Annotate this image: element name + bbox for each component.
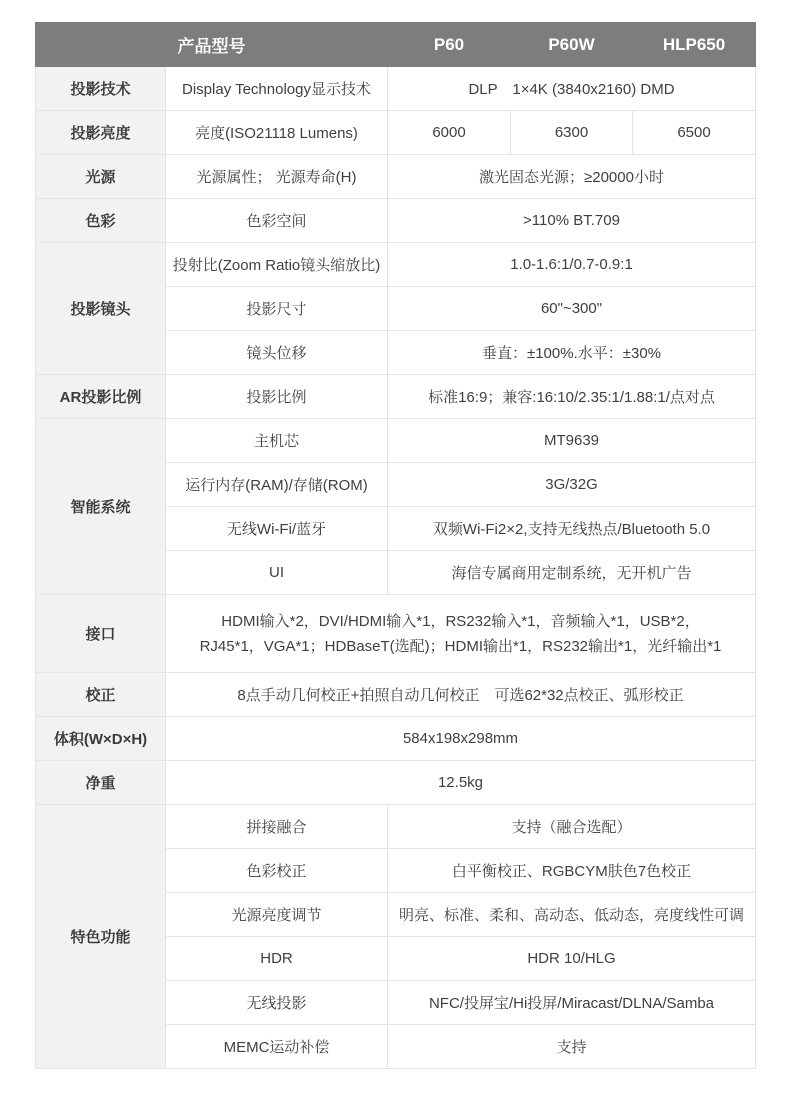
row-lens-zoom-ratio: 投影镜头 投射比(Zoom Ratio镜头缩放比) 1.0-1.6:1/0.7-… [36,243,756,287]
row-projection-tech-desc: Display Technology显示技术 [166,67,388,111]
row-feature-color-correction-value: 白平衡校正、RGBCYM肤色7色校正 [388,849,756,893]
row-ports-value-line1: HDMI输入*2，DVI/HDMI输入*1，RS232输入*1，音频输入*1，U… [172,609,749,634]
row-smart-wifi-value: 双频Wi-Fi2×2,支持无线热点/Bluetooth 5.0 [388,507,756,551]
row-smart-memory-value: 3G/32G [388,463,756,507]
row-smart-ui-desc: UI [166,551,388,595]
row-aspect-ratio: AR投影比例 投影比例 标准16:9；兼容:16:10/2.35:1/1.88:… [36,375,756,419]
row-aspect-ratio-desc: 投影比例 [166,375,388,419]
row-feature-hdr-desc: HDR [166,937,388,981]
row-light-source-value: 激光固态光源；≥20000小时 [388,155,756,199]
header-model-p60w: P60W [511,23,633,67]
row-light-source-desc: 光源属性； 光源寿命(H) [166,155,388,199]
row-color-space-value: >110% BT.709 [388,199,756,243]
row-weight-label: 净重 [36,761,166,805]
row-brightness-value-hlp650: 6500 [633,111,756,155]
row-lens-zoom-ratio-value: 1.0-1.6:1/0.7-0.9:1 [388,243,756,287]
row-feature-blending-desc: 拼接融合 [166,805,388,849]
header-product-label: 产品型号 [36,23,388,67]
row-feature-wireless-cast-value: NFC/投屏宝/Hi投屏/Miracast/DLNA/Samba [388,981,756,1025]
row-feature-blending: 特色功能 拼接融合 支持（融合选配） [36,805,756,849]
row-brightness-desc: 亮度(ISO21118 Lumens) [166,111,388,155]
spec-sheet: 产品型号 P60 P60W HLP650 投影技术 Display Techno… [35,22,755,1069]
group-lens-label: 投影镜头 [36,243,166,375]
row-correction: 校正 8点手动几何校正+拍照自动几何校正 可选62*32点校正、弧形校正 [36,673,756,717]
row-smart-chip: 智能系统 主机芯 MT9639 [36,419,756,463]
row-correction-value: 8点手动几何校正+拍照自动几何校正 可选62*32点校正、弧形校正 [166,673,756,717]
row-lens-shift-desc: 镜头位移 [166,331,388,375]
row-smart-chip-value: MT9639 [388,419,756,463]
row-brightness-value-p60: 6000 [388,111,511,155]
row-color-space: 色彩 色彩空间 >110% BT.709 [36,199,756,243]
row-projection-tech-value: DLP 1×4K (3840x2160) DMD [388,67,756,111]
row-weight: 净重 12.5kg [36,761,756,805]
group-features-label: 特色功能 [36,805,166,1069]
row-ports: 接口 HDMI输入*2，DVI/HDMI输入*1，RS232输入*1，音频输入*… [36,595,756,673]
row-projection-tech: 投影技术 Display Technology显示技术 DLP 1×4K (38… [36,67,756,111]
header-model-hlp650: HLP650 [633,23,756,67]
row-feature-brightness-modes-desc: 光源亮度调节 [166,893,388,937]
row-dimensions-value: 584x198x298mm [166,717,756,761]
group-smart-system-label: 智能系统 [36,419,166,595]
row-feature-blending-value: 支持（融合选配） [388,805,756,849]
row-aspect-ratio-label: AR投影比例 [36,375,166,419]
row-brightness-value-p60w: 6300 [511,111,633,155]
row-ports-label: 接口 [36,595,166,673]
row-ports-value-line2: RJ45*1，VGA*1；HDBaseT(选配)；HDMI输出*1，RS232输… [172,634,749,659]
row-lens-image-size-desc: 投影尺寸 [166,287,388,331]
header-row: 产品型号 P60 P60W HLP650 [36,23,756,67]
row-light-source: 光源 光源属性； 光源寿命(H) 激光固态光源；≥20000小时 [36,155,756,199]
row-correction-label: 校正 [36,673,166,717]
row-dimensions: 体积(W×D×H) 584x198x298mm [36,717,756,761]
row-aspect-ratio-value: 标准16:9；兼容:16:10/2.35:1/1.88:1/点对点 [388,375,756,419]
row-brightness: 投影亮度 亮度(ISO21118 Lumens) 6000 6300 6500 [36,111,756,155]
row-feature-hdr-value: HDR 10/HLG [388,937,756,981]
row-smart-memory-desc: 运行内存(RAM)/存储(ROM) [166,463,388,507]
row-feature-memc-value: 支持 [388,1025,756,1069]
row-smart-wifi-desc: 无线Wi-Fi/蓝牙 [166,507,388,551]
spec-table: 产品型号 P60 P60W HLP650 投影技术 Display Techno… [35,22,756,1069]
row-smart-ui-value: 海信专属商用定制系统，无开机广告 [388,551,756,595]
row-feature-wireless-cast-desc: 无线投影 [166,981,388,1025]
row-smart-chip-desc: 主机芯 [166,419,388,463]
row-brightness-label: 投影亮度 [36,111,166,155]
row-weight-value: 12.5kg [166,761,756,805]
row-projection-tech-label: 投影技术 [36,67,166,111]
header-model-p60: P60 [388,23,511,67]
row-lens-shift-value: 垂直：±100%.水平：±30% [388,331,756,375]
row-feature-color-correction-desc: 色彩校正 [166,849,388,893]
row-color-space-label: 色彩 [36,199,166,243]
row-lens-zoom-ratio-desc: 投射比(Zoom Ratio镜头缩放比) [166,243,388,287]
row-lens-image-size-value: 60"~300" [388,287,756,331]
row-feature-memc-desc: MEMC运动补偿 [166,1025,388,1069]
row-light-source-label: 光源 [36,155,166,199]
row-dimensions-label: 体积(W×D×H) [36,717,166,761]
row-feature-brightness-modes-value: 明亮、标准、柔和、高动态、低动态，亮度线性可调 [388,893,756,937]
row-color-space-desc: 色彩空间 [166,199,388,243]
row-ports-value: HDMI输入*2，DVI/HDMI输入*1，RS232输入*1，音频输入*1，U… [166,595,756,673]
